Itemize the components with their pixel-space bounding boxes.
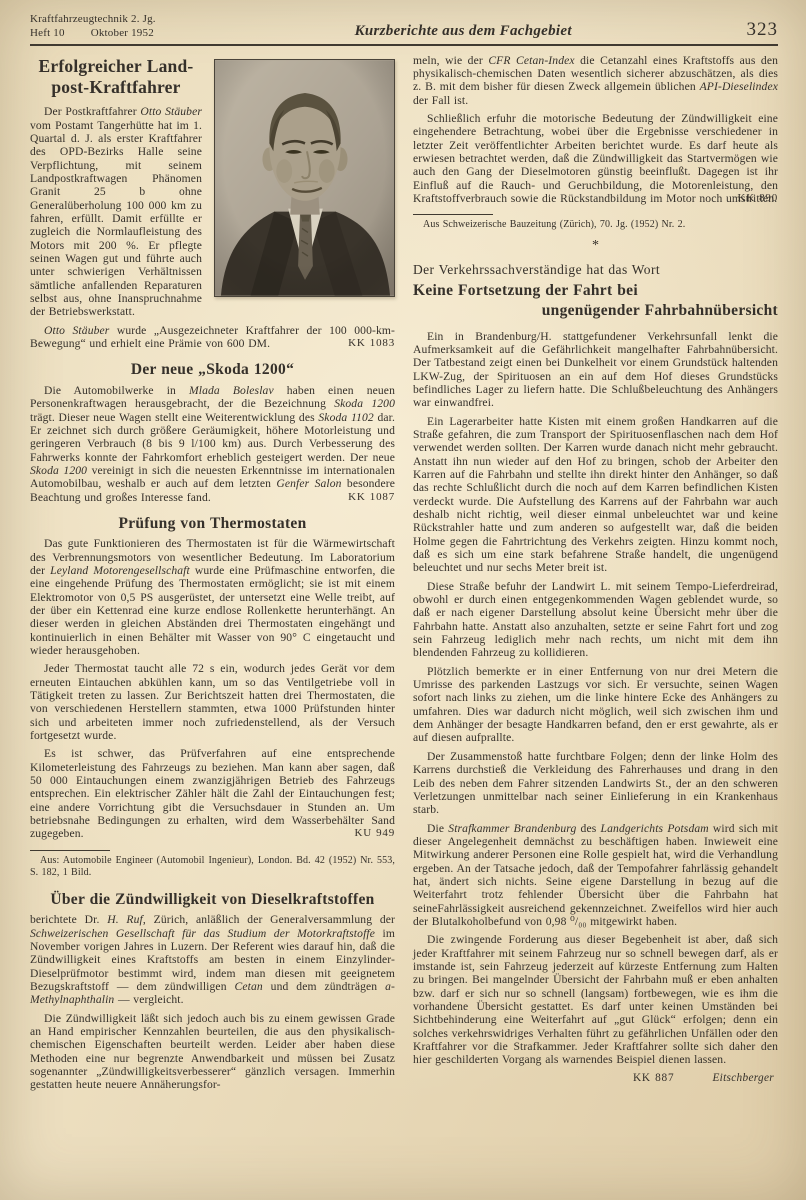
- article-verkehr: Der Verkehrssachverständige hat das Wort…: [413, 263, 778, 1085]
- paragraph: Der Zusammenstoß hatte furchtbare Folgen…: [413, 750, 778, 817]
- title-line: post-Kraftfahrer: [51, 77, 180, 97]
- source-note: Aus: Automobile Engineer (Automobil Inge…: [30, 850, 395, 880]
- signature-code: KK 887: [633, 1072, 675, 1084]
- source-rule: [413, 214, 493, 215]
- masthead-journal: Kraftfahrzeugtechnik 2. Jg.: [30, 12, 180, 26]
- journal-page: Kraftfahrzeugtechnik 2. Jg. Heft 10Oktob…: [0, 0, 806, 1200]
- title-line: Erfolgreicher Land-: [39, 56, 194, 76]
- source-note: Aus Schweizerische Bauzeitung (Zürich), …: [413, 214, 778, 232]
- paragraph: Es ist schwer, das Prüfverfahren auf ein…: [30, 747, 395, 840]
- source-text: Aus: Automobile Engineer (Automobil Inge…: [30, 855, 395, 880]
- masthead-issue-row: Heft 10Oktober 1952: [30, 26, 180, 40]
- paragraph: berichtete Dr. H. Ruf, Zürich, anläßlich…: [30, 913, 395, 1006]
- article-landpost: Erfolgreicher Land-post-Kraftfahrer Der …: [30, 56, 395, 351]
- paragraph: meln, wie der CFR Cetan-Index die Cetanz…: [413, 54, 778, 107]
- section-title: Kurzberichte aus dem Fachgebiet: [180, 23, 747, 41]
- article-title-skoda: Der neue „Skoda 1200“: [30, 363, 395, 376]
- paragraph: Die Strafkammer Brandenburg des Landgeri…: [413, 822, 778, 929]
- paragraph: Die Automobilwerke in Mlada Boleslav hab…: [30, 384, 395, 504]
- paragraph: Die zwingende Forderung aus dieser Begeb…: [413, 933, 778, 1066]
- article-final-signature: KK 887Eitschberger: [413, 1072, 778, 1085]
- article-diesel: Über die Zündwilligkeit von Dieselkrafts…: [30, 893, 395, 1092]
- article-diesel-continuation: meln, wie der CFR Cetan-Index die Cetanz…: [413, 54, 778, 253]
- paragraph: Jeder Thermostat taucht alle 72 s ein, w…: [30, 662, 395, 742]
- paragraph: Ein Lagerarbeiter hatte Kisten mit einem…: [413, 415, 778, 575]
- portrait-photo: [214, 59, 395, 297]
- article-thermostat: Prüfung von Thermostaten Das gute Funkti…: [30, 517, 395, 880]
- masthead: Kraftfahrzeugtechnik 2. Jg. Heft 10Oktob…: [30, 12, 180, 41]
- source-rule: [30, 850, 110, 851]
- page-number: 323: [747, 19, 779, 41]
- paragraph: Die Zündwilligkeit läßt sich jedoch auch…: [30, 1012, 395, 1092]
- column-right: meln, wie der CFR Cetan-Index die Cetanz…: [413, 54, 778, 1099]
- article-kicker: Der Verkehrssachverständige hat das Wort: [413, 263, 778, 276]
- masthead-issue: Heft 10: [30, 27, 65, 39]
- page-header: Kraftfahrzeugtechnik 2. Jg. Heft 10Oktob…: [0, 0, 806, 41]
- article-title-verkehr-line1: Keine Fortsetzung der Fahrt bei: [413, 281, 778, 301]
- asterisk-divider: *: [413, 239, 778, 253]
- article-title-verkehr-line2: ungenügender Fahrbahnübersicht: [413, 301, 778, 321]
- signature-author: Eitschberger: [712, 1072, 774, 1084]
- paragraph: Plötzlich bemerkte er in einer Entfernun…: [413, 665, 778, 745]
- portrait-photo-illustration: [215, 60, 394, 296]
- column-left: Erfolgreicher Land-post-Kraftfahrer Der …: [30, 54, 395, 1099]
- paragraph: Ein in Brandenburg/H. stattgefundener Ve…: [413, 330, 778, 410]
- masthead-date: Oktober 1952: [91, 27, 154, 39]
- article-skoda: Der neue „Skoda 1200“ Die Automobilwerke…: [30, 363, 395, 503]
- article-title-diesel: Über die Zündwilligkeit von Dieselkrafts…: [30, 893, 395, 906]
- source-text: Aus Schweizerische Bauzeitung (Zürich), …: [413, 219, 778, 232]
- paragraph: Diese Straße befuhr der Landwirt L. mit …: [413, 580, 778, 660]
- paragraph: Schließlich erfuhr die motorische Bedeut…: [413, 112, 778, 205]
- paragraph: Das gute Funktionieren des Thermostaten …: [30, 537, 395, 657]
- columns: Erfolgreicher Land-post-Kraftfahrer Der …: [0, 46, 806, 1099]
- article-signature: KU 949: [30, 827, 395, 840]
- article-title-thermostat: Prüfung von Thermostaten: [30, 517, 395, 530]
